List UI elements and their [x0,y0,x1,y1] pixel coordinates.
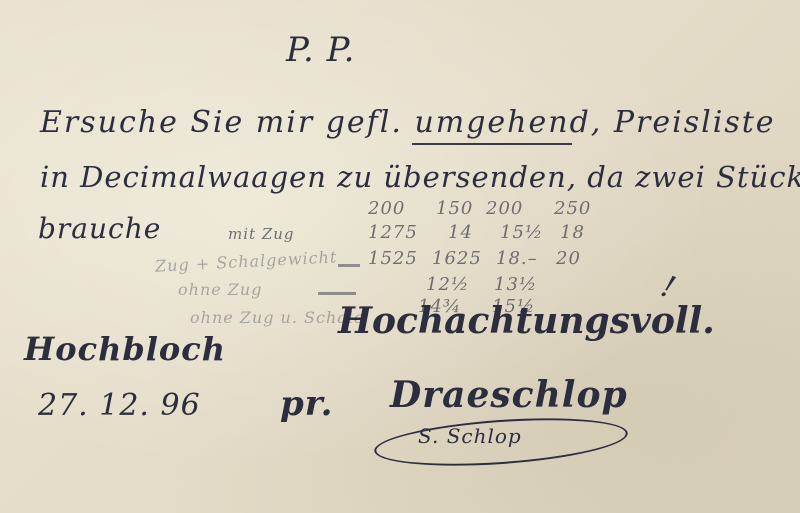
header-pp: P. P. [286,30,355,70]
table-cell: 13½ [494,274,537,295]
postcard: P. P. Ersuche Sie mir gefl. umgehend, Pr… [0,0,800,513]
table-cell: 14 [448,222,473,243]
pencil-note-1: mit Zug [228,225,295,243]
table-cell: 1625 [432,248,482,269]
date: 27. 12. 96 [38,388,201,423]
table-header-cell: 250 [554,198,591,219]
body-line-3: brauche [38,212,161,245]
pencil-note-2: Zug + Schalgewicht [155,247,338,276]
table-header-cell: 150 [436,198,473,219]
table-header: 200 150 200 250 [368,198,608,222]
underline-umgehend [412,143,572,145]
table-row: 12½ 13½ [368,274,608,298]
table-cell: 1275 [368,222,418,243]
signature: Draeschlop [390,374,628,416]
table-cell: 15½ [500,222,543,243]
table-header-cell: 200 [486,198,523,219]
table-cell: 12½ [426,274,469,295]
table-header-cell: 200 [368,198,405,219]
table-cell: 18.– [496,248,538,269]
table-row: 1525 1625 18.– 20 [368,248,608,272]
pencil-dash-1 [338,264,360,267]
body-line-1: Ersuche Sie mir gefl. umgehend, Preislis… [40,105,776,140]
signature-prefix: pr. [280,384,333,424]
pencil-note-3: ohne Zug [178,280,262,299]
pencil-dash-2 [318,292,356,295]
table-cell: 18 [560,222,585,243]
body-line-2: in Decimalwaagen zu übersenden, da zwei … [40,160,800,194]
table-cell: 20 [556,248,581,269]
table-row: 1275 14 15½ 18 [368,222,608,246]
stamp-signature: S. Schlop [418,424,522,448]
closing: Hochachtungsvoll. [338,300,715,342]
place: Hochbloch [24,330,226,368]
table-cell: 1525 [368,248,418,269]
